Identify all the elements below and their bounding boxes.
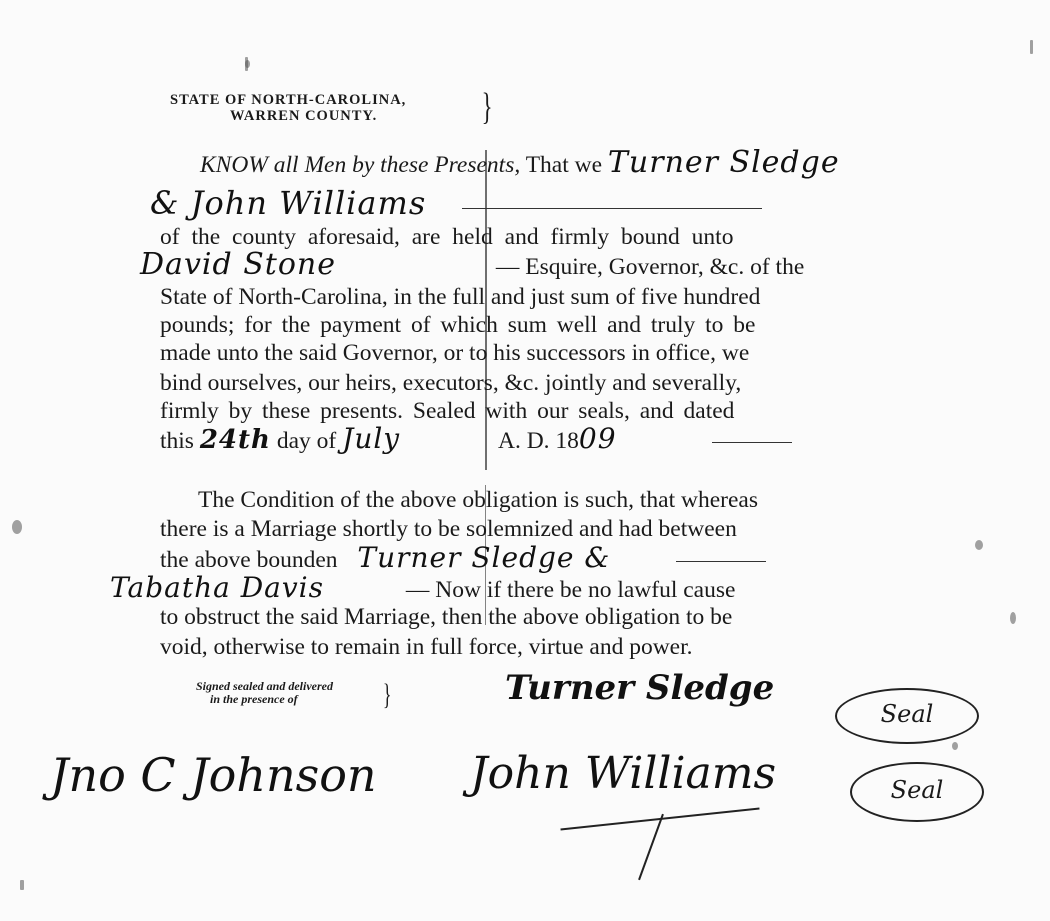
body-line-1: KNOW all Men by these Presents, That we … — [200, 150, 840, 178]
handwritten-name: Turner Sledge — [608, 145, 840, 180]
body-line-7: made unto the said Governor, or to his s… — [160, 340, 749, 366]
ink-blot — [12, 520, 22, 534]
printed-text: — Esquire, Governor, &c. of the — [496, 254, 804, 280]
heading-state: STATE OF NORTH-CAROLINA, — [170, 92, 406, 108]
blank-line — [676, 561, 766, 562]
seal-label: Seal — [837, 700, 977, 728]
scan-mark — [1030, 40, 1033, 54]
scan-mark — [20, 880, 24, 890]
signature-surety: John Williams — [470, 748, 776, 799]
blank-line — [712, 442, 792, 443]
condition-line-2: there is a Marriage shortly to be solemn… — [160, 516, 737, 542]
handwritten-name: Tabatha Davis — [110, 575, 400, 601]
handwritten-day: 24th — [200, 425, 271, 455]
printed-text: day of — [277, 428, 336, 454]
printed-text: A. D. 18 — [498, 428, 579, 454]
witness-label-line-2: in the presence of — [196, 693, 333, 706]
blank-line — [462, 208, 762, 209]
body-line-9: firmly by these presents. Sealed with ou… — [160, 398, 734, 424]
scanned-document-page: STATE OF NORTH-CAROLINA, WARREN COUNTY. … — [0, 0, 1050, 921]
ink-blot — [952, 742, 958, 750]
signature-flourish — [638, 814, 664, 880]
signature-witness: Jno C Johnson — [50, 748, 377, 802]
condition-line-3: the above bounden Turner Sledge & — [160, 545, 766, 573]
printed-text: KNOW all Men by these Presents, — [200, 152, 520, 178]
ink-blot — [975, 540, 983, 550]
seal-2: Seal — [850, 762, 984, 822]
condition-line-1: The Condition of the above obligation is… — [198, 487, 758, 513]
printed-text: the above bounden — [160, 547, 338, 573]
scan-mark — [245, 60, 250, 68]
witness-label: Signed sealed and delivered in the prese… — [196, 680, 333, 706]
handwritten-name: David Stone — [140, 252, 490, 278]
condition-line-5: to obstruct the said Marriage, then the … — [160, 604, 732, 630]
printed-text: this — [160, 428, 194, 454]
body-line-5: State of North-Carolina, in the full and… — [160, 284, 760, 310]
handwritten-month: July — [342, 426, 462, 452]
heading-county: WARREN COUNTY. — [170, 108, 406, 124]
body-line-6: pounds; for the payment of which sum wel… — [160, 312, 756, 338]
body-line-2: & John Williams — [150, 190, 762, 220]
printed-text: — Now if there be no lawful cause — [406, 577, 736, 603]
witness-brace: } — [383, 676, 392, 714]
heading-brace: } — [482, 88, 493, 126]
handwritten-year: 09 — [579, 422, 617, 455]
ink-blot — [1010, 612, 1016, 624]
body-line-10: this 24th day of July A. D. 1809 — [160, 426, 792, 454]
printed-text: That we — [526, 152, 602, 178]
body-line-4: David Stone — Esquire, Governor, &c. of … — [140, 252, 804, 280]
seal-1: Seal — [835, 688, 979, 744]
handwritten-name: Turner Sledge & — [357, 541, 610, 574]
body-line-8: bind ourselves, our heirs, executors, &c… — [160, 370, 741, 396]
condition-line-4: Tabatha Davis — Now if there be no lawfu… — [110, 575, 735, 603]
document-heading: STATE OF NORTH-CAROLINA, WARREN COUNTY. — [170, 92, 406, 124]
condition-line-6: void, otherwise to remain in full force,… — [160, 634, 693, 660]
seal-label: Seal — [852, 776, 982, 804]
signature-principal: Turner Sledge — [505, 668, 774, 708]
handwritten-name: & John Williams — [150, 184, 426, 222]
